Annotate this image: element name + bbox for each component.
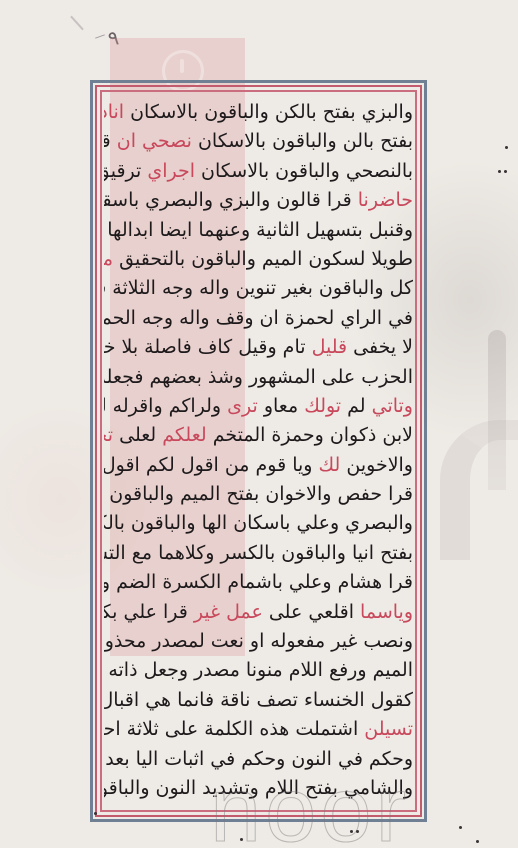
line-text: قرا نافع والبصري بفتح xyxy=(104,130,117,152)
manuscript-line: كقول الخنساء تصف ناقة فانما هي اقبال واد… xyxy=(104,686,413,714)
manuscript-line: تسيلن اشتملت هذه الكلمة على ثلاثة احكام … xyxy=(104,715,413,743)
noor-watermark: noor xyxy=(210,770,410,848)
line-text: كل والباقون بغير تنوين واله وجه الثلاثة … xyxy=(104,277,413,299)
ink-speck xyxy=(240,838,243,841)
ink-speck xyxy=(498,170,501,173)
ink-speck xyxy=(350,830,353,833)
ink-speck xyxy=(94,812,97,815)
ink-speck xyxy=(504,170,507,173)
manuscript-line: طويلا لسكون الميم والباقون بالتحقيق مكان… xyxy=(104,245,413,273)
line-text: اقلعي على xyxy=(263,601,360,623)
rubric-word: مكان عذيز xyxy=(104,248,113,270)
rubric-word: عمل غير xyxy=(194,601,263,623)
line-text: الحزب على المشهور وشذ بعضهم فجعله رحيم ب… xyxy=(104,366,413,388)
manuscript-text-block: والبزي بفتح بالكن والباقون بالاسكان اناذ… xyxy=(104,94,413,808)
ink-speck xyxy=(459,826,462,829)
line-text: لعلى xyxy=(113,424,162,446)
manuscript-line: الحزب على المشهور وشذ بعضهم فجعله رحيم ب… xyxy=(104,363,413,391)
manuscript-line: وياسما اقلعي على عمل غير قرا علي بكسر مي… xyxy=(104,598,413,626)
manuscript-line: في الراي لحمزة ان وقف واله وجه الحمرة في… xyxy=(104,304,413,332)
manuscript-line: والبزي بفتح بالكن والباقون بالاسكان اناذ… xyxy=(104,98,413,126)
rubric-word: تجارتنا xyxy=(104,424,113,446)
line-text: بالنصحي والباقون بالاسكان xyxy=(195,160,413,182)
line-text: في الراي لحمزة ان وقف واله وجه الحمرة في… xyxy=(104,307,413,329)
manuscript-line: بفتح انيا والباقون بالكسر وكلاهما مع الت… xyxy=(104,539,413,567)
line-text: الميم ورفع اللام منونا مصدر وجعل ذاته ذا… xyxy=(104,659,413,681)
line-text: بفتح بالن والباقون بالاسكان xyxy=(192,130,413,152)
line-text: والبزي بفتح بالكن والباقون بالاسكان xyxy=(124,101,413,123)
ink-speck xyxy=(356,830,359,833)
line-text: بفتح انيا والباقون بالكسر وكلاهما مع الت… xyxy=(104,542,413,564)
manuscript-line: بفتح بالن والباقون بالاسكان نصحي ان قرا … xyxy=(104,127,413,155)
rubric-word: تسيلن xyxy=(364,718,413,740)
manuscript-line: والبصري وعلي باسكان الها والباقون بالكسر… xyxy=(104,509,413,537)
rubric-word: تولك xyxy=(304,395,341,417)
line-text: قرا علي بكسر ميم عمل وفتح لام فعل ماض xyxy=(104,601,194,623)
line-text: قرا حفص والاخوان بفتح الميم والباقون بال… xyxy=(104,483,413,505)
line-text: والاخوين xyxy=(340,454,413,476)
line-text: والبصري وعلي باسكان الها والباقون بالكسر xyxy=(104,512,413,534)
line-text: معاو xyxy=(258,395,304,417)
rubric-word: قليل xyxy=(312,336,348,358)
manuscript-line: وتاتي لم تولك معاو ترى ولراكم واقرله لهم… xyxy=(104,392,413,420)
manuscript-line: الميم ورفع اللام منونا مصدر وجعل ذاته ذا… xyxy=(104,656,413,684)
line-text: لا يخفى xyxy=(347,336,413,358)
manuscript-line: كل والباقون بغير تنوين واله وجه الثلاثة … xyxy=(104,274,413,302)
manuscript-line: بالنصحي والباقون بالاسكان اجراي ترقيق را… xyxy=(104,157,413,185)
line-text: لم xyxy=(341,395,372,417)
rubric-word: ترى xyxy=(227,395,258,417)
rubric-word: وتاتي xyxy=(372,395,413,417)
line-text: طويلا لسكون الميم والباقون بالتحقيق xyxy=(113,248,413,270)
line-text: اشتملت هذه الكلمة على ثلاثة احكام حكم في… xyxy=(104,718,364,740)
rubric-word: اجراي xyxy=(147,160,195,182)
line-text: ترقيق رايه لورش لكخفي xyxy=(104,160,147,182)
line-text: تام وقيل كاف فاصلة بلا خلاف ومنتهى نصف xyxy=(104,336,312,358)
line-text: قرا هشام وعلي باشمام الكسرة الضم والباقو… xyxy=(104,571,413,593)
line-text: كقول الخنساء تصف ناقة فانما هي اقبال واد… xyxy=(104,689,413,711)
rubric-word: نصحي ان xyxy=(117,130,192,152)
ink-speck xyxy=(476,840,479,843)
line-text: ونصب غير مفعوله او نعت لمصدر محذوف والبا… xyxy=(104,630,413,652)
manuscript-line: والاخوين لك ويا قوم من اقول لكم اقول للذ… xyxy=(104,451,413,479)
manuscript-line: لا يخفى قليل تام وقيل كاف فاصلة بلا خلاف… xyxy=(104,333,413,361)
manuscript-line: وقنبل بتسهيل الثانية وعنهما ايضا ابدالها… xyxy=(104,216,413,244)
manuscript-line: حاضرنا قرا قالون والبزي والبصري باسقاط ا… xyxy=(104,186,413,214)
rubric-word: وياسما xyxy=(360,601,413,623)
rubric-word: لعلكم xyxy=(162,424,206,446)
rubric-word: لك xyxy=(319,454,341,476)
manuscript-line: قرا هشام وعلي باشمام الكسرة الضم والباقو… xyxy=(104,568,413,596)
line-text: ولراكم واقرله لهم وبصرنا وجا xyxy=(104,395,227,417)
rubric-word: حاضرنا xyxy=(358,189,413,211)
rubric-word: اناذا xyxy=(104,101,124,123)
line-text: لابن ذكوان وحمزة المتخم xyxy=(207,424,413,446)
line-text: وقنبل بتسهيل الثانية وعنهما ايضا ابدالها… xyxy=(104,219,413,241)
ink-speck xyxy=(505,146,508,149)
manuscript-line: قرا حفص والاخوان بفتح الميم والباقون بال… xyxy=(104,480,413,508)
line-text: ويا قوم من اقول لكم اقول للذين اعلم بما xyxy=(104,454,319,476)
manuscript-line: ونصب غير مفعوله او نعت لمصدر محذوف والبا… xyxy=(104,627,413,655)
line-text: قرا قالون والبزي والبصري باسقاط الهمزة ا… xyxy=(104,189,358,211)
manuscript-line: لابن ذكوان وحمزة المتخم لعلكم لعلى تجارت… xyxy=(104,421,413,449)
